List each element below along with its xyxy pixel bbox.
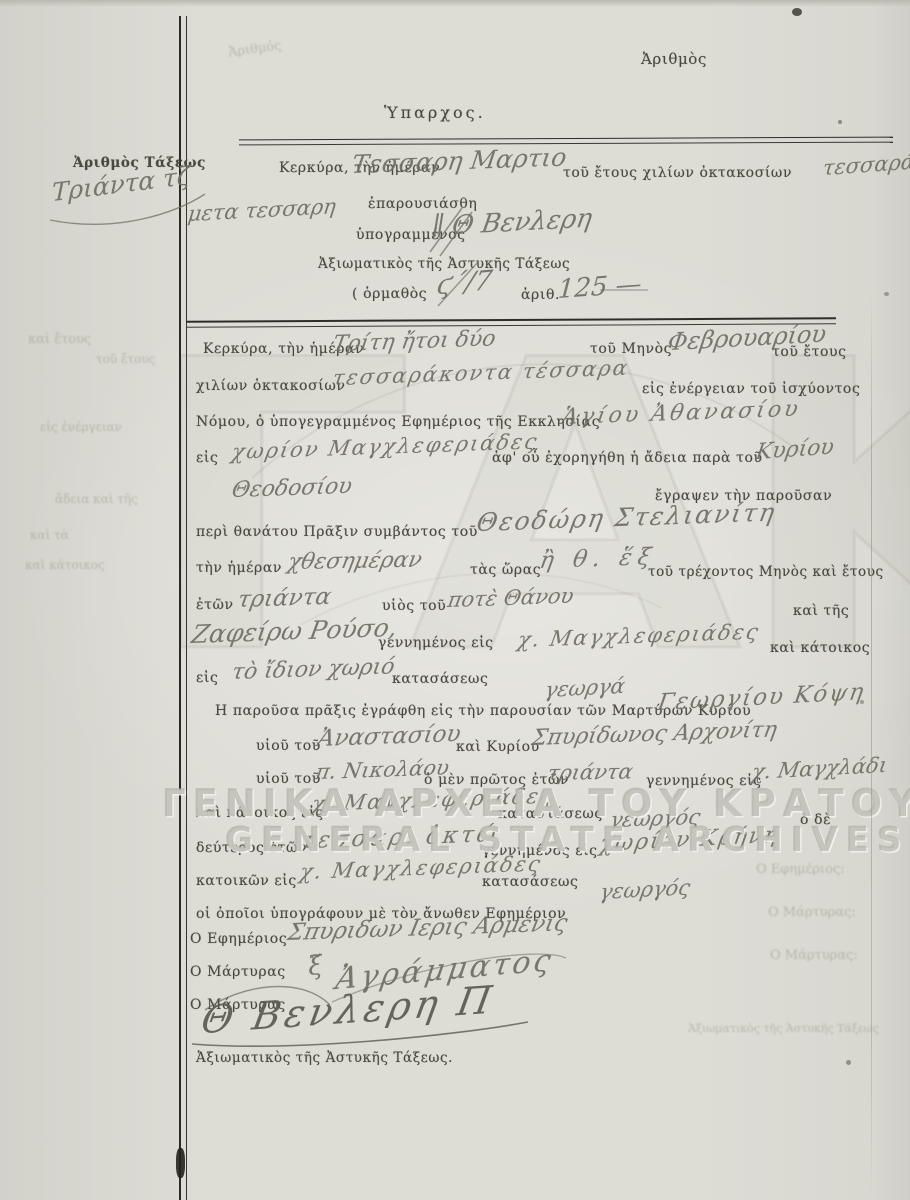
- archives-watermark-greek: ΓΕΝΙΚΑ ΑΡΧΕΙΑ ΤΟΥ ΚΡΑΤΟΥΣ: [162, 782, 910, 825]
- body-line: περὶ θανάτου Πρᾶξιν συμβάντος τοῦ: [196, 524, 478, 540]
- body-entry: γεωργά: [543, 674, 627, 702]
- body-line: ἐτῶν: [196, 597, 234, 613]
- body-line: κατασάσεως: [392, 671, 488, 687]
- body-line: Νόμου, ὁ ὑπογεγραμμένος Εφημέριος τῆς Εκ…: [196, 414, 600, 430]
- body-entry: Ἀναστασίου: [316, 721, 463, 752]
- body-line: τοῦ ἔτους: [772, 344, 847, 360]
- body-line: υἱὸς τοῦ: [382, 598, 446, 614]
- body-line: γεννημένος εἰς: [378, 635, 494, 651]
- witness-mark: ξ̃: [306, 951, 323, 982]
- bleedthrough-text: εἰς ἐνέργειαν: [40, 420, 122, 434]
- bleedthrough-text: Ἀριθμός: [227, 38, 282, 60]
- body-entry: Θεοδοσίου: [230, 474, 354, 503]
- body-line: εἰς: [196, 450, 218, 466]
- body-entry: ἢ θ. ἕξ: [538, 544, 659, 574]
- ink-spot: [792, 8, 802, 16]
- act-number-entry: 125 —: [557, 269, 643, 305]
- body-line: υἱοῦ τοῦ: [256, 738, 321, 754]
- body-line: καὶ τῆς: [793, 603, 849, 619]
- bundle-label: ( ὁρμαθὸς: [352, 286, 427, 302]
- body-line: τὰς ὥρας: [470, 562, 541, 578]
- body-entry: χ. Μαγχλάδι: [750, 753, 889, 784]
- bleedthrough-text: τοῦ ἔτους: [96, 352, 155, 366]
- archives-watermark-english: GENERAL STATE ARCHIVES: [225, 820, 909, 860]
- intake-year-entry-2: μετα τεσσαρη: [187, 194, 338, 226]
- form-margin-rule: [179, 16, 187, 1200]
- ink-spot: [860, 700, 864, 704]
- body-line: κατοικῶν εἰς: [196, 873, 297, 889]
- intake-year-entry: τεσσαρά: [822, 149, 910, 180]
- bleedthrough-text: Ο Μάρτυρας:: [770, 948, 858, 963]
- witness1-label: Ο Μάρτυρας: [190, 964, 286, 980]
- body-line: κατασάσεως: [482, 874, 578, 890]
- body-entry: ποτὲ Θάνου: [446, 584, 576, 613]
- ink-blot-on-rule: [176, 1148, 185, 1178]
- bundle-entry: ϛ´/7: [435, 265, 495, 301]
- bleedthrough-text: ἄδεια καὶ τῆς: [55, 492, 138, 506]
- body-entry: γεωργός: [598, 875, 692, 904]
- priest-signature-label: Ο Εφημέριος: [190, 931, 287, 947]
- body-entry: τριάντα: [236, 584, 334, 613]
- intake-year-label: τοῦ ἔτους χιλίων ὀκτακοσίων: [563, 165, 792, 181]
- body-line: τοῦ τρέχοντος Μηνὸς καὶ ἔτους: [648, 564, 884, 580]
- bleedthrough-text: Ο Μάρτυρας:: [768, 905, 856, 920]
- body-entry: χθεσημέραν: [286, 548, 425, 575]
- body-line: τὴν ἡμέραν: [196, 560, 282, 576]
- body-line: χιλίων ὀκτακοσίων: [196, 378, 345, 394]
- document-scan: ΓΑΚ Ἀριθμὸς Ὑπαρχος. Ἀριθμὸς Τάξεως Τριά…: [0, 0, 910, 1200]
- bleedthrough-text: Ο Εφημέριος:: [756, 862, 845, 877]
- officer-signature: Θ Βενλερη Π: [198, 977, 499, 1042]
- ink-spot: [884, 292, 889, 296]
- ink-spot: [838, 120, 842, 124]
- act-number-label: ἀριθ.: [521, 287, 560, 303]
- bleedthrough-text: Ἀξιωματικὸς τῆς Ἀστυκῆς Τάξεως: [688, 1022, 879, 1035]
- intake-day-entry: Τεσσαρη Μαρτιο: [350, 142, 569, 179]
- page-fold-line: [871, 290, 872, 1200]
- record-number-label: Ἀριθμὸς: [641, 50, 707, 68]
- bleedthrough-text: καὶ κάτοικος: [25, 558, 105, 572]
- body-line: ἀφ' οὗ ἐχορηγήθη ἡ ἄδεια παρὰ τοῦ: [492, 450, 763, 466]
- body-line: καὶ κάτοικος: [770, 640, 870, 656]
- body-line: εἰς: [196, 670, 218, 686]
- body-line: καὶ Κυρίου: [456, 739, 540, 755]
- bleedthrough-text: καὶ ἔτους: [28, 332, 91, 347]
- page-title: Ὑπαρχος.: [384, 103, 486, 122]
- body-line: εἰς ἐνέργειαν τοῦ ἰσχύοντος: [642, 381, 860, 397]
- ink-spot: [846, 1060, 851, 1065]
- bleedthrough-text: καὶ τὰ: [30, 528, 69, 542]
- officer-signature-caption: Ἀξιωματικὸς τῆς Ἀστυκῆς Τάξεως.: [196, 1050, 453, 1066]
